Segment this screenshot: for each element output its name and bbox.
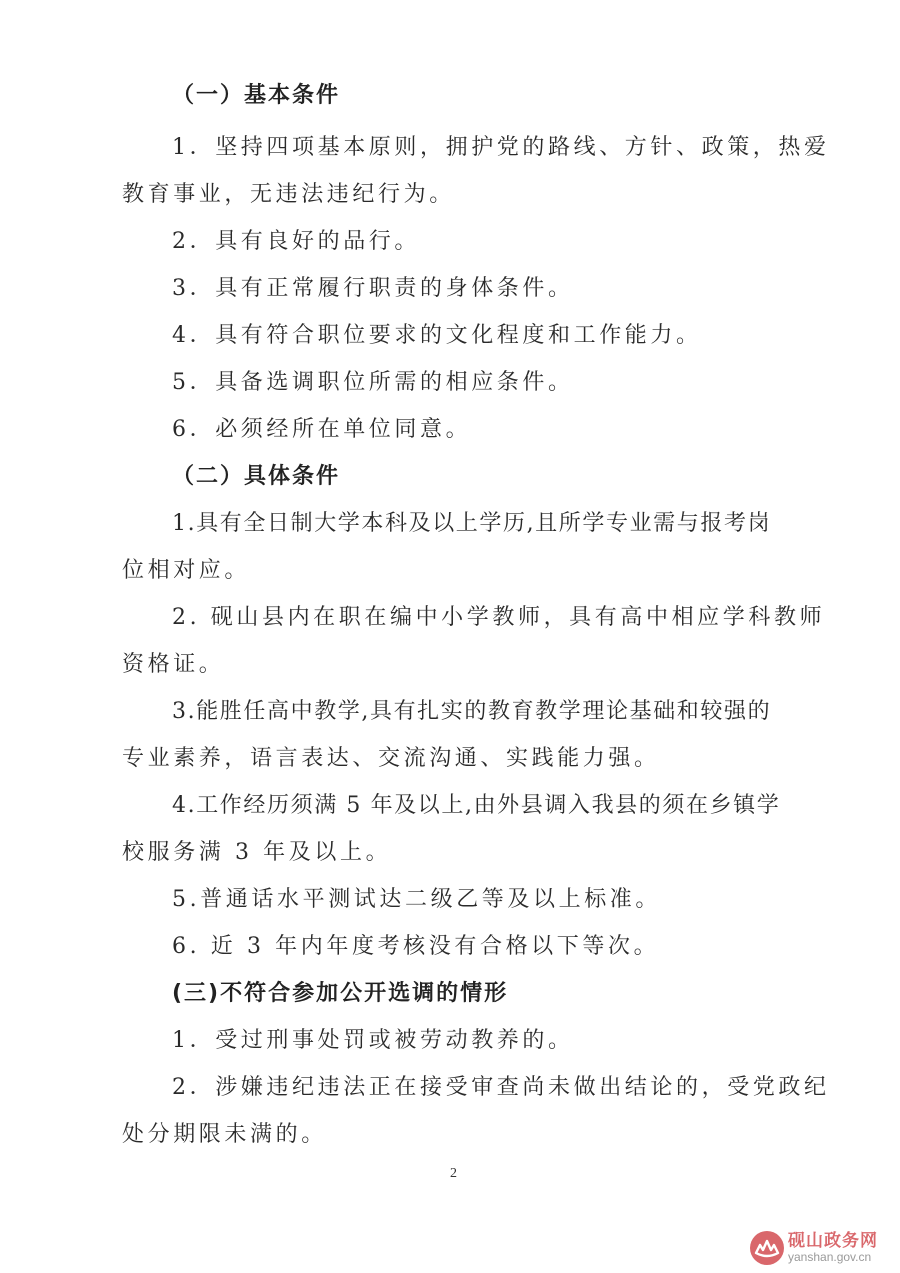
paragraph-line: 3．具有正常履行职责的身体条件。 (172, 275, 574, 303)
site-watermark: 砚山政务网 yanshan.gov.cn (750, 1228, 900, 1268)
paragraph-line: 4．具有符合职位要求的文化程度和工作能力。 (172, 322, 702, 350)
paragraph-line: 2．具有良好的品行。 (172, 228, 420, 256)
mountain-logo-icon (750, 1231, 784, 1265)
page-number: 2 (450, 1166, 457, 1182)
watermark-domain: yanshan.gov.cn (788, 1251, 878, 1263)
paragraph-line: 专业素养，语言表达、交流沟通、实践能力强。 (122, 745, 660, 773)
paragraph-line: 1．坚持四项基本原则，拥护党的路线、方针、政策，热爱 (172, 134, 830, 162)
paragraph-line: 2. 砚山县内在职在编中小学教师，具有高中相应学科教师 (172, 604, 825, 632)
section-heading-ineligible: (三)不符合参加公开选调的情形 (172, 980, 508, 1008)
paragraph-line: 资格证。 (122, 651, 224, 679)
section-heading-specific: （二）具体条件 (172, 463, 340, 491)
paragraph-line: 6. 近 3 年内年度考核没有合格以下等次。 (172, 933, 659, 961)
paragraph-line: 5．具备选调职位所需的相应条件。 (172, 369, 574, 397)
paragraph-line: 1．受过刑事处罚或被劳动教养的。 (172, 1027, 574, 1055)
paragraph-line: 位相对应。 (122, 557, 250, 585)
paragraph-line: 校服务满 3 年及以上。 (122, 839, 391, 867)
paragraph-line: 1.具有全日制大学本科及以上学历,且所学专业需与报考岗 (172, 510, 771, 538)
paragraph-line: 3.能胜任高中教学,具有扎实的教育教学理论基础和较强的 (172, 698, 771, 726)
paragraph-line: 4.工作经历须满 5 年及以上,由外县调入我县的须在乡镇学 (172, 792, 780, 820)
paragraph-line: 2．涉嫌违纪违法正在接受审查尚未做出结论的，受党政纪 (172, 1074, 830, 1102)
paragraph-line: 处分期限未满的。 (122, 1121, 327, 1149)
paragraph-line: 教育事业，无违法违纪行为。 (122, 181, 455, 209)
paragraph-line: 6．必须经所在单位同意。 (172, 416, 471, 444)
paragraph-line: 5.普通话水平测试达二级乙等及以上标准。 (172, 886, 661, 914)
watermark-site-name: 砚山政务网 (788, 1233, 878, 1250)
section-heading-basic: （一）基本条件 (172, 82, 340, 110)
